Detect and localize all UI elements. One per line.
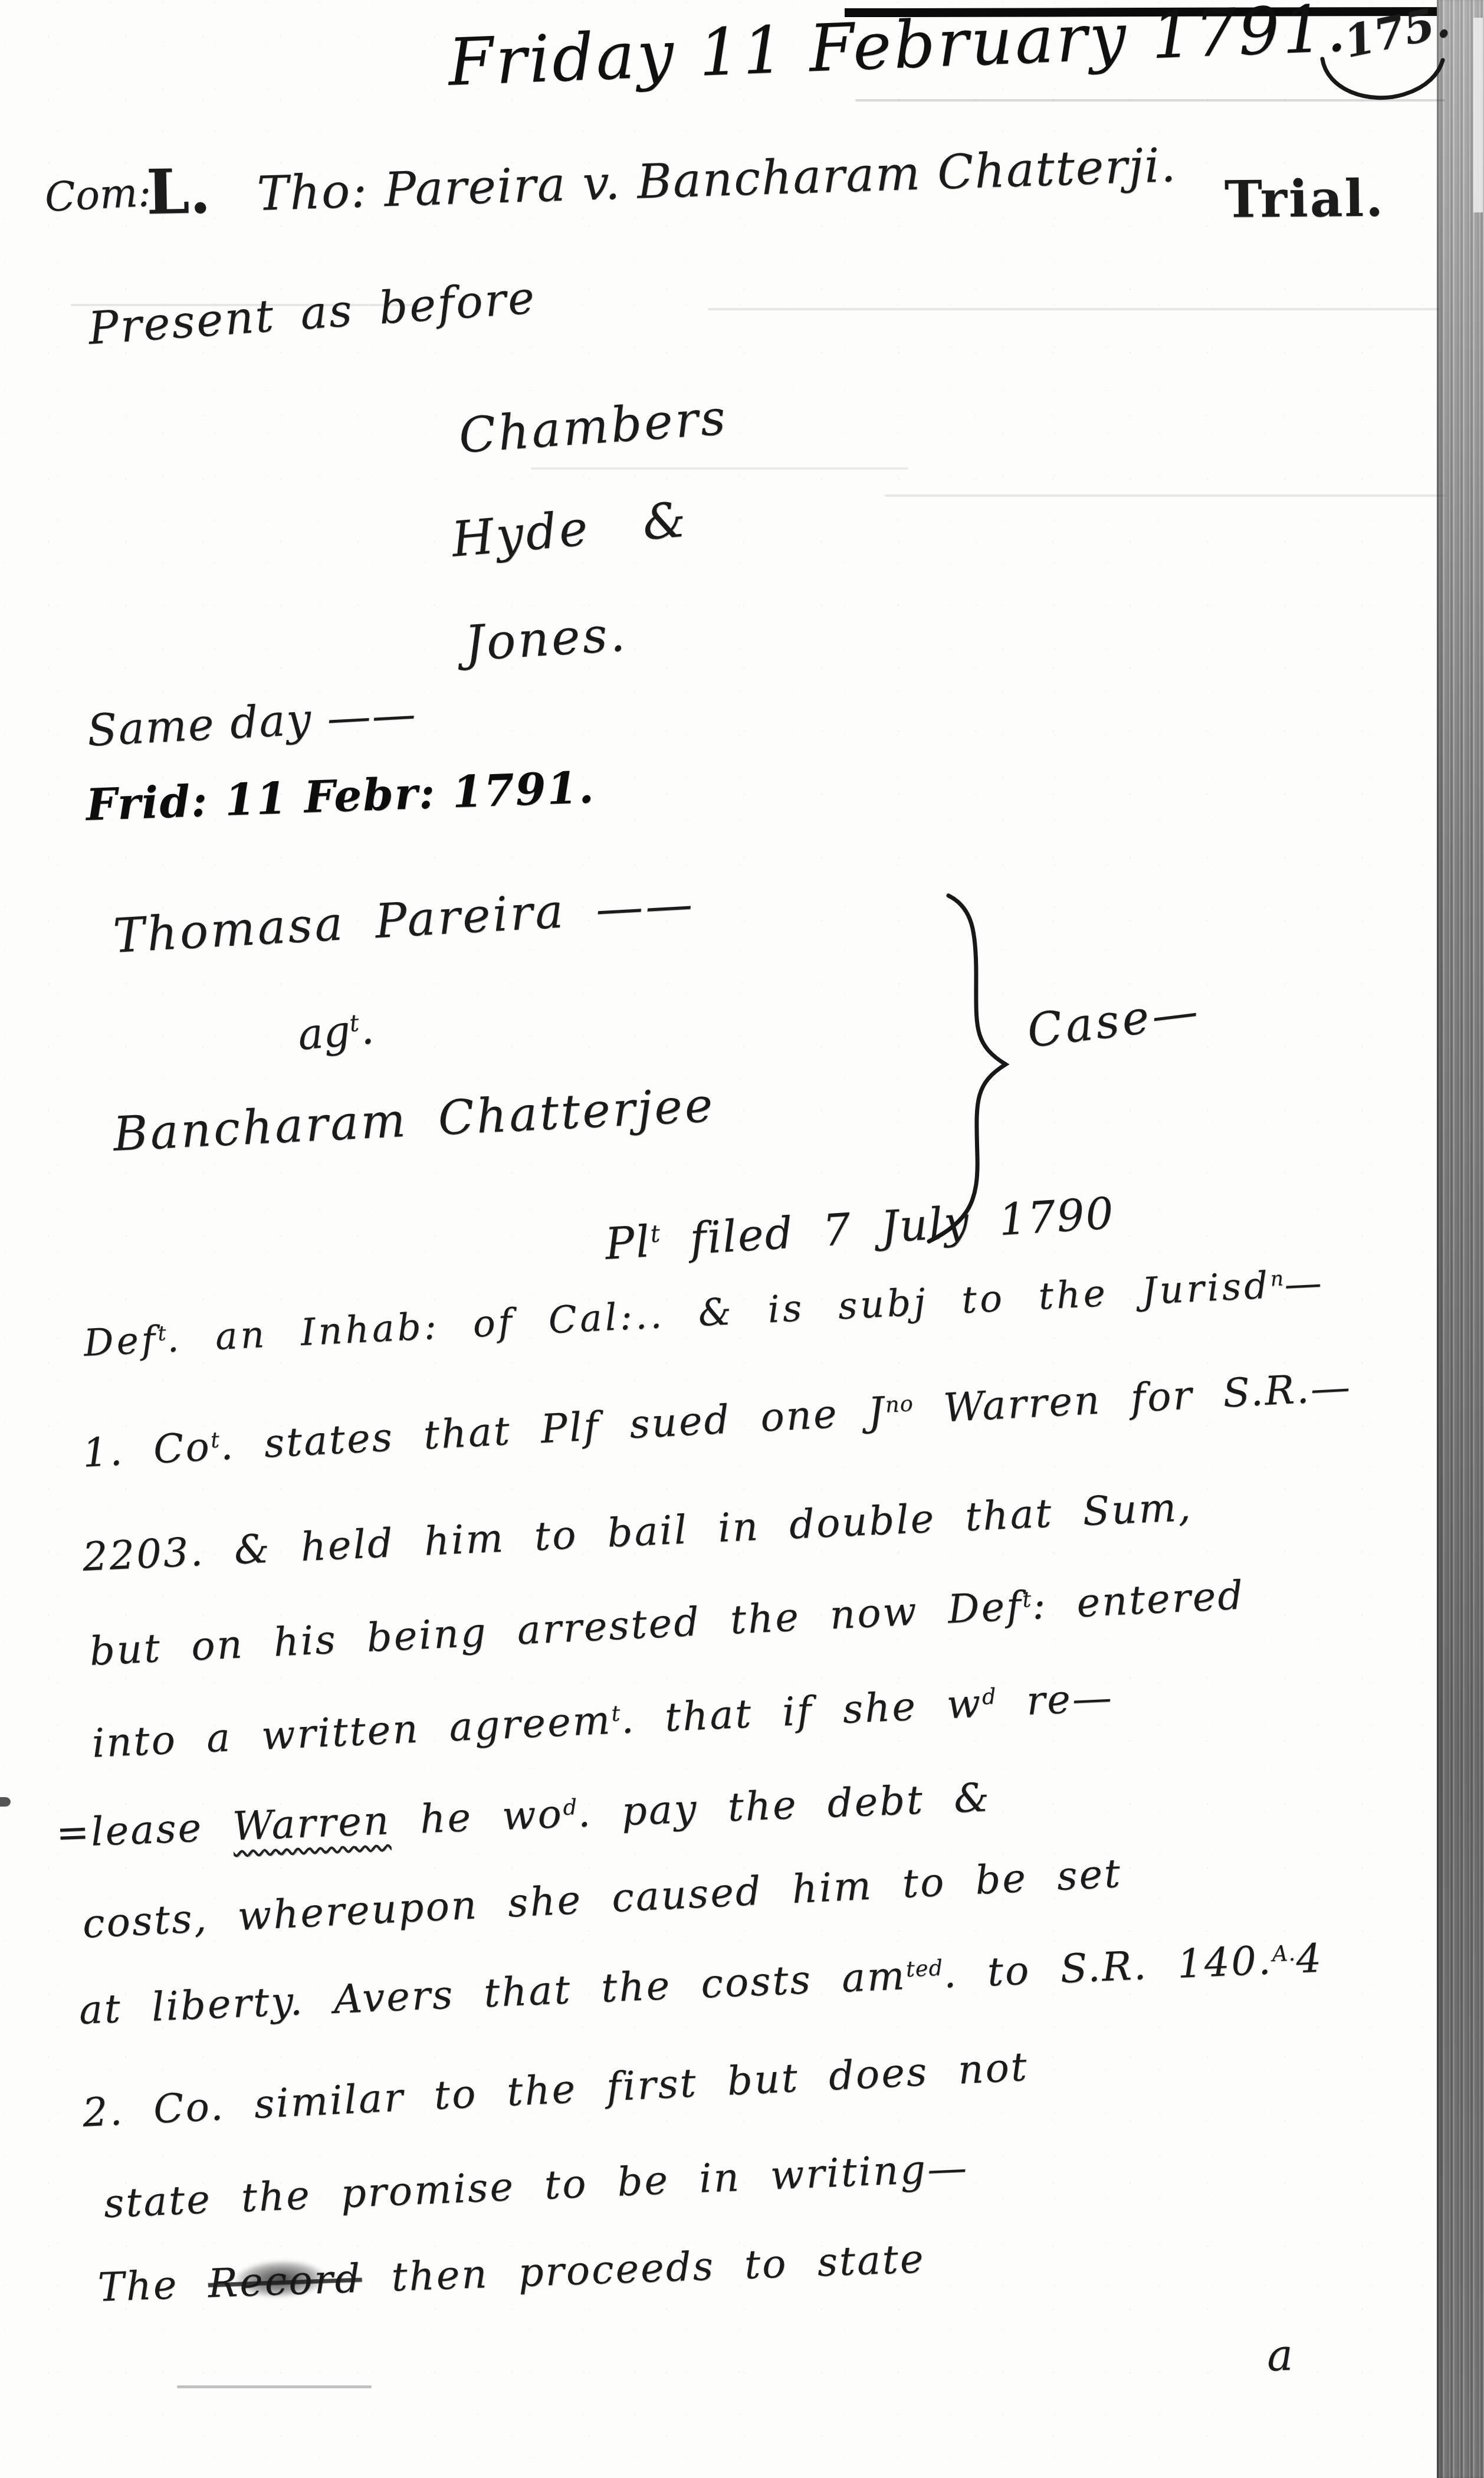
body-line: =lease Warren he wod. pay the debt & (55, 1774, 992, 1856)
judge-name: Hyde & (449, 491, 691, 568)
body-line: state the promise to be in writing— (103, 2145, 969, 2227)
body-line: costs, whereupon she caused him to be se… (81, 1850, 1123, 1947)
defendant-name: Bancharam Chatterjee (112, 1077, 716, 1162)
court-abbreviation: Com: (44, 169, 152, 221)
plaintiff-name: Thomasa Pareira —— (111, 876, 696, 963)
body-line: 2. Co. similar to the first but does not (81, 2044, 1029, 2136)
scan-streak (885, 494, 1445, 497)
page-title-date: Friday 11 February 1791. (447, 0, 1350, 100)
body-line: at liberty. Avers that the costs amted. … (78, 1935, 1324, 2033)
binding-gutter-strip (1437, 0, 1484, 2478)
scan-streak (531, 467, 908, 470)
versus-abbreviation: agt. (296, 1004, 376, 1060)
body-line: but on his being arrested the now Deft: … (88, 1572, 1246, 1674)
scan-streak (708, 308, 1439, 310)
body-line: 1. Cot. states that Plf sued one Jno War… (81, 1363, 1353, 1476)
judge-name: Jones. (463, 606, 629, 672)
body-line: 2203. & held him to bail in double that … (81, 1484, 1193, 1580)
folio-underline-swash (1315, 48, 1451, 113)
binding-light-notch (1473, 18, 1483, 212)
margin-ink-speck (0, 1797, 11, 1807)
same-day-line: Same day —— (86, 689, 418, 756)
date-line: Frid: 11 Febr: 1791. (85, 762, 595, 831)
court-initial-letter: L. (146, 155, 211, 228)
judge-name: Chambers (457, 389, 730, 464)
case-title: Tho: Pareira v. Bancharam Chatterji. (257, 137, 1178, 221)
plea-filed-line: Plt filed 7 July 1790 (603, 1188, 1116, 1270)
present-line: Present as before (87, 271, 538, 355)
body-line: The Record then proceeds to state (97, 2236, 926, 2310)
catchword: a (1266, 2329, 1293, 2381)
manuscript-page: Friday 11 February 1791. 175. Com: L. Th… (0, 0, 1484, 2478)
form-of-action-label: Case— (1025, 984, 1204, 1058)
scan-streak (177, 2385, 372, 2388)
proceeding-type-label: Trial. (1224, 169, 1385, 230)
jurisdiction-line: Deft. an Inhab: of Cal:.. & is subj to t… (83, 1261, 1325, 1365)
body-line: into a written agreemt. that if she wd r… (91, 1674, 1114, 1766)
